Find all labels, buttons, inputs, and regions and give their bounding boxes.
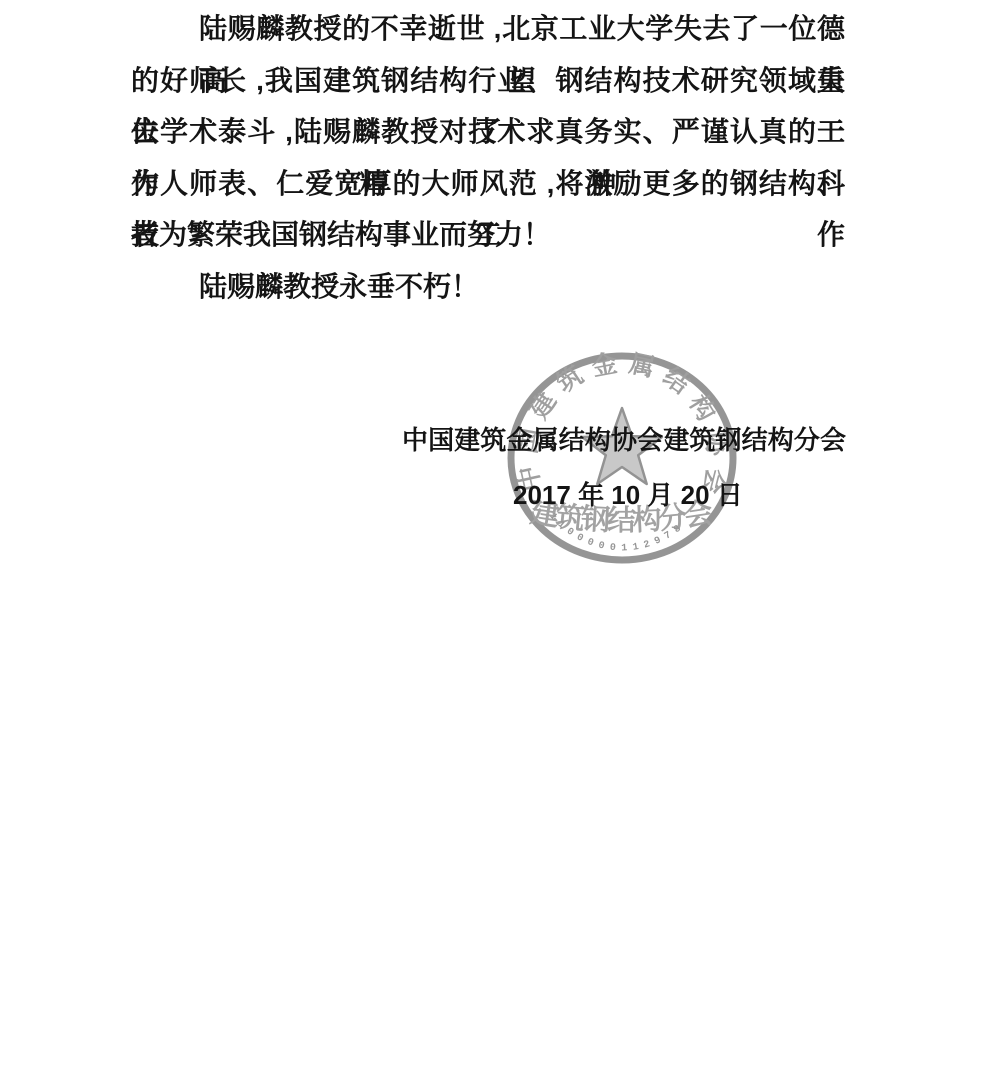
document-page: 中国建筑金属结构协会 建筑钢结构分会 1100000112978 陆赐麟教授的不… bbox=[0, 0, 991, 1088]
official-seal: 中国建筑金属结构协会 建筑钢结构分会 1100000112978 bbox=[503, 348, 741, 570]
paragraph1-line-2: 的好师长 ,我国建筑钢结构行业、钢结构技术研究领域失去了一 bbox=[131, 55, 845, 107]
paragraph1-line-3: 位学术泰斗 ,陆赐麟教授对技术求真务实、严谨认真的工作精神、 bbox=[131, 106, 845, 158]
paragraph2-line: 陆赐麟教授永垂不朽！ bbox=[131, 261, 845, 313]
body-text: 陆赐麟教授的不幸逝世 ,北京工业大学失去了一位德高望重 的好师长 ,我国建筑钢结… bbox=[131, 3, 845, 312]
paragraph1-line-1: 陆赐麟教授的不幸逝世 ,北京工业大学失去了一位德高望重 bbox=[131, 3, 845, 55]
official-seal-graphic: 中国建筑金属结构协会 建筑钢结构分会 1100000112978 bbox=[503, 348, 741, 570]
paragraph1-line-4: 为人师表、仁爱宽厚的大师风范 ,将激励更多的钢结构科技工作 bbox=[131, 158, 845, 210]
signature-date: 2017 年 10 月 20 日 bbox=[513, 478, 753, 512]
signature-organization: 中国建筑金属结构协会建筑钢结构分会 bbox=[402, 422, 846, 458]
